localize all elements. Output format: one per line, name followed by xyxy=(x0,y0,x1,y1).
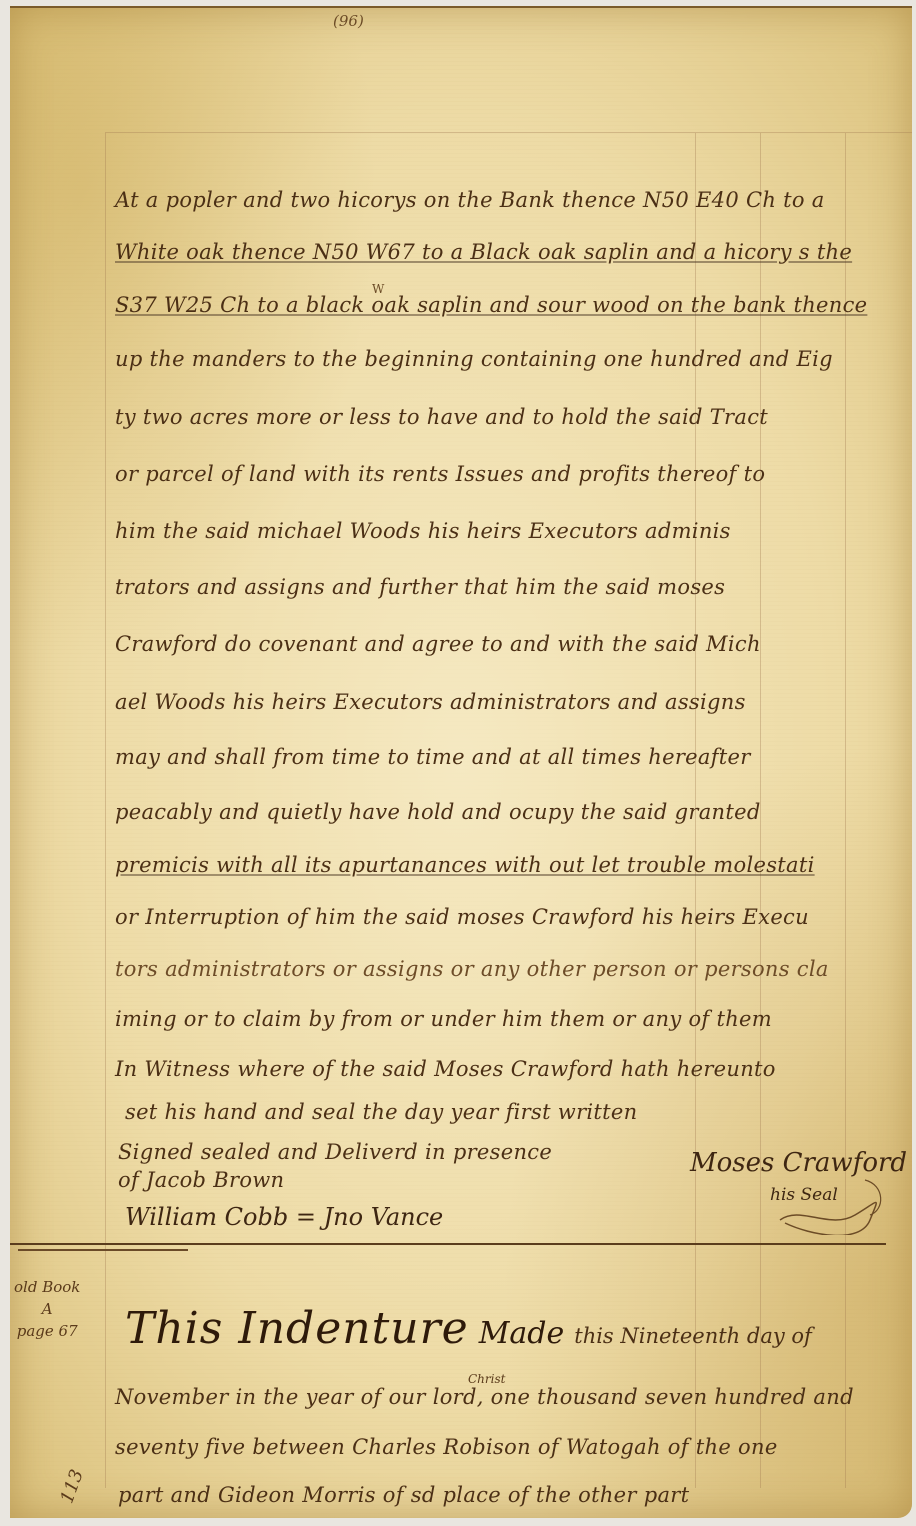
ruled-column-line xyxy=(845,133,846,1488)
deed-line: or parcel of land with its rents Issues … xyxy=(115,462,765,486)
deed-line: ael Woods his heirs Executors administra… xyxy=(115,690,746,714)
deed-line: S37 W25 Ch to a black oak saplin and sou… xyxy=(115,293,867,317)
heading-date: this Nineteenth day of xyxy=(574,1324,812,1348)
ruled-margin-line xyxy=(105,132,912,133)
deed-line: or Interruption of him the said moses Cr… xyxy=(115,905,809,929)
deed-line: Crawford do covenant and agree to and wi… xyxy=(115,632,761,656)
margin-note: old Book A page 67 xyxy=(14,1276,80,1342)
deed-line: set his hand and seal the day year first… xyxy=(125,1100,637,1124)
deed-line: up the manders to the beginning containi… xyxy=(115,347,833,371)
deed-line: seventy five between Charles Robison of … xyxy=(115,1435,778,1459)
margin-note-line: A xyxy=(14,1298,80,1320)
deed-line: In Witness where of the said Moses Crawf… xyxy=(115,1057,776,1081)
deed-line: tors administrators or assigns or any ot… xyxy=(115,957,829,981)
deed-line: ty two acres more or less to have and to… xyxy=(115,405,768,429)
margin-note-line: old Book xyxy=(14,1276,80,1298)
section-divider-underline xyxy=(18,1249,188,1251)
heading-title: This Indenture xyxy=(125,1303,469,1354)
deed-line: iming or to claim by from or under him t… xyxy=(115,1007,772,1031)
deed-2-heading: This IndentureMadethis Nineteenth day of xyxy=(125,1303,812,1354)
attestation-line: of Jacob Brown xyxy=(118,1168,284,1192)
section-divider xyxy=(10,1243,886,1245)
deed-line: peacably and quietly have hold and ocupy… xyxy=(115,800,761,824)
ruled-column-line xyxy=(105,133,106,1488)
margin-note-line: page 67 xyxy=(14,1320,80,1342)
page-number: (96) xyxy=(333,12,364,30)
deed-line: him the said michael Woods his heirs Exe… xyxy=(115,519,731,543)
heading-made: Made xyxy=(479,1316,565,1351)
superscript-insert: Christ xyxy=(468,1372,505,1386)
witness-signatures: William Cobb = Jno Vance xyxy=(125,1203,443,1231)
deed-line: part and Gideon Morris of sd place of th… xyxy=(118,1483,689,1507)
grantor-signature: Moses Crawford xyxy=(690,1148,907,1178)
deed-line: White oak thence N50 W67 to a Black oak … xyxy=(115,240,852,264)
attestation-line: Signed sealed and Deliverd in presence xyxy=(118,1140,552,1164)
deed-line: November in the year of our lord, one th… xyxy=(115,1385,854,1409)
deed-line: premicis with all its apurtanances with … xyxy=(115,853,815,877)
seal-flourish-icon xyxy=(770,1175,890,1235)
deed-line: trators and assigns and further that him… xyxy=(115,575,725,599)
deed-line: may and shall from time to time and at a… xyxy=(115,745,751,769)
deed-line: At a popler and two hicorys on the Bank … xyxy=(115,188,825,212)
